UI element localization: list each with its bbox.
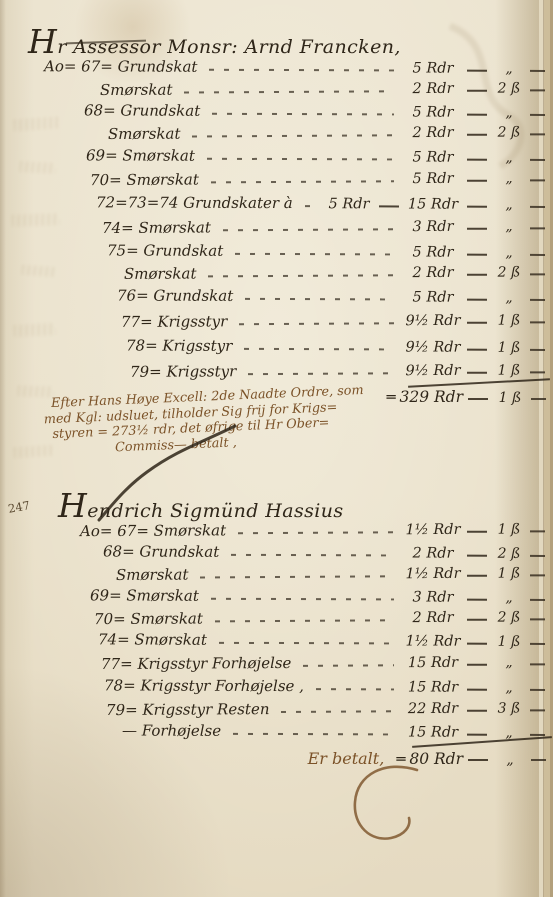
ledger-row: 69= Smørskat 3 Rdr „ [0,586,545,608]
dotted-leader [209,69,394,72]
ledger-row: 70= Smørskat 2 Rdr 2 ß [0,607,545,630]
amount-shilling: 1 ß [492,521,526,537]
amount-rdr: 9½ Rdr [404,313,462,329]
amount-shilling: 3 ß [492,700,526,716]
amount-rdr: 5 Rdr [404,244,462,260]
dash-stroke [530,298,545,300]
amount-rdr: 15 Rdr [404,196,462,212]
closing-pen-flourish [347,760,439,846]
dash-stroke [530,688,545,690]
section2-title: Hendrich Sigmünd Hassius [58,486,344,525]
ledger-row: 74= Smørskat 1½ Rdr 1 ß [0,630,545,652]
dash-stroke [467,179,487,181]
dash-stroke [467,158,487,160]
total-rdr: 329 Rdr [399,388,463,406]
ledger-row: 70= Smørskat 5 Rdr „ [0,168,545,191]
dash-stroke [530,227,545,229]
dotted-leader [231,554,394,557]
dash-stroke [467,227,487,229]
dash-stroke [467,69,487,71]
amount-shilling: 2 ß [492,609,526,625]
amount-shilling: 2 ß [492,124,526,140]
row-label: 74= Smørskat [98,630,207,648]
dotted-leader [235,253,394,256]
row-label: 79= Krigsstyr Resten [106,700,270,719]
amount-rdr: 1½ Rdr [404,566,462,582]
dotted-leader [192,134,394,137]
dash-stroke [467,709,487,711]
amount-rdr: 3 Rdr [404,219,462,235]
row-label: 70= Smørskat [94,609,203,628]
dash-stroke [467,688,487,690]
dash-stroke [530,69,545,71]
dash-stroke [530,642,545,644]
amount-shilling: 2 ß [492,80,526,96]
dash-stroke [530,618,545,620]
dash-stroke [467,530,487,532]
dash-stroke [530,179,545,181]
amount-shilling: 1 ß [492,340,526,356]
ledger-row: 69= Smørskat 5 Rdr „ [0,146,545,168]
ledger-row: 68= Grundskat 2 Rdr 2 ß [0,542,545,564]
ledger-row: 79= Krigsstyr 9½ Rdr 1 ß [0,360,545,383]
dash-stroke [467,574,487,576]
dash-stroke [467,618,487,620]
row-label: 77= Krigsstyr Forhøjelse [101,654,292,673]
row-label: 78= Krigsstyr [126,336,232,354]
row-label: Smørskat [116,566,189,584]
amount-rdr: 9½ Rdr [404,363,462,379]
row-label: 69= Smørskat [86,146,195,164]
amount-rdr: 5 Rdr [404,289,462,305]
amount-rdr: 15 Rdr [404,655,462,671]
ledger-row: Ao= 67= Smørskat 1½ Rdr 1 ß [0,519,545,542]
amount-shilling: „ [492,61,526,77]
ledger-row: Smørskat 2 Rdr 2 ß [0,262,545,285]
ledger-row: 77= Krigsstyr 9½ Rdr 1 ß [0,310,545,333]
ledger-row: 78= Krigsstyr Forhøjelse , 15 Rdr „ [0,676,545,698]
dash-stroke [467,642,487,644]
row-label: Ao= 67= Grundskat [44,57,198,76]
dotted-leader [303,664,394,667]
total-shilling: 1 ß [493,390,527,406]
row-label: Smørskat [124,264,197,282]
dash-stroke [530,530,545,532]
amount-shilling: 1 ß [492,312,526,328]
amount-per-unit: 5 Rdr [324,196,374,212]
amount-shilling: 1 ß [492,634,526,650]
dash-stroke [530,253,545,255]
dash-stroke [531,759,546,761]
dash-stroke [530,158,545,160]
ledger-row: — Forhøjelse 15 Rdr „ [0,721,545,743]
dash-stroke [531,398,546,400]
dash-stroke [467,253,487,255]
ledger-row: 79= Krigsstyr Resten 22 Rdr 3 ß [0,698,545,721]
dash-stroke [530,89,545,91]
ledger-row: Smørskat 1½ Rdr 1 ß [0,563,545,586]
amount-rdr: 22 Rdr [404,701,462,717]
amount-rdr: 5 Rdr [404,60,462,76]
row-label: Smørskat [100,81,173,99]
dotted-leader [245,298,394,301]
dash-stroke [468,759,488,761]
amount-shilling: „ [492,170,526,186]
section2-total: Er betalt, ═ 80 Rdr „ [0,749,546,768]
amount-shilling: „ [492,590,526,606]
row-label: 72=73=74 Grundskater à [96,193,293,212]
dash-stroke [530,113,545,115]
dash-stroke [379,205,399,207]
ledger-row: 77= Krigsstyr Forhøjelse 15 Rdr „ [0,652,545,675]
dash-stroke [530,205,545,207]
row-label: 75= Grundskat [107,241,223,259]
amount-rdr: 2 Rdr [404,610,462,626]
dash-stroke [530,371,545,373]
amount-shilling: „ [492,245,526,261]
dash-stroke [530,663,545,665]
row-label: 68= Grundskat [103,542,219,560]
dotted-leader [305,205,314,207]
ledger-row: Ao= 67= Grundskat 5 Rdr „ [0,57,545,79]
dash-stroke [467,113,487,115]
dash-stroke [467,298,487,300]
dotted-leader [219,642,394,645]
dash-stroke [530,733,545,735]
dotted-leader [184,90,394,93]
row-label: 69= Smørskat [90,586,199,604]
dash-stroke [467,89,487,91]
ledger-row: Smørskat 2 Rdr 2 ß [0,78,545,101]
amount-rdr: 1½ Rdr [404,522,462,538]
dotted-leader [200,575,394,578]
amount-rdr: 2 Rdr [404,125,462,141]
ledger-row: 74= Smørskat 3 Rdr „ [0,216,545,239]
amount-shilling: „ [492,290,526,306]
row-label: 70= Smørskat [90,170,199,189]
dash-stroke [530,348,545,350]
dash-stroke [467,733,487,735]
dotted-leader [207,158,394,161]
dotted-leader [211,598,394,601]
amount-shilling: „ [492,680,526,696]
dotted-leader [223,228,394,231]
dash-stroke [467,133,487,135]
ledger-row: 75= Grundskat 5 Rdr „ [0,241,545,263]
dash-stroke [530,709,545,711]
amount-rdr: 15 Rdr [404,679,462,695]
dash-stroke [530,321,545,323]
row-label: 74= Smørskat [102,218,211,237]
amount-rdr: 9½ Rdr [404,339,462,355]
amount-shilling: 2 ß [492,264,526,280]
folio-margin-number: 247 [7,498,31,516]
dash-stroke [530,133,545,135]
dotted-leader [281,710,394,713]
row-label: 76= Grundskat [117,286,233,304]
dash-stroke [467,321,487,323]
dash-stroke [530,554,545,556]
manuscript-page: Hr Assessor Monsr: Arnd Francken, Ao= 67… [0,0,553,897]
amount-rdr: 2 Rdr [404,265,462,281]
dash-stroke [467,554,487,556]
amount-shilling: 1 ß [492,565,526,581]
ledger-row: 68= Grundskat 5 Rdr „ [0,101,545,123]
dotted-leader [211,180,394,183]
ink-bleed-through [14,445,55,459]
amount-rdr: 1½ Rdr [404,633,462,649]
dash-stroke [468,398,488,400]
dotted-leader [238,531,394,534]
amount-rdr: 15 Rdr [404,724,462,740]
dash-stroke [467,598,487,600]
ledger-row: 76= Grundskat 5 Rdr „ [0,286,545,308]
row-label: — Forhøjelse [122,721,221,739]
dotted-leader [208,274,394,277]
dotted-leader [215,619,394,622]
amount-shilling: 1 ß [492,362,526,378]
row-label: Smørskat [108,125,181,143]
amount-rdr: 2 Rdr [404,81,462,97]
ledger-row: 78= Krigsstyr 9½ Rdr 1 ß [0,336,545,358]
row-label: 79= Krigsstyr [130,362,236,381]
amount-shilling: „ [492,654,526,670]
amount-shilling: „ [492,105,526,121]
dash-stroke [467,348,487,350]
amount-shilling: „ [492,197,526,213]
dotted-leader [212,113,394,116]
dotted-leader [244,348,394,351]
amount-rdr: 2 Rdr [404,545,462,561]
row-label: 68= Grundskat [84,101,200,119]
amount-rdr: 5 Rdr [404,104,462,120]
amount-shilling: „ [492,150,526,166]
dash-stroke [467,273,487,275]
row-label: 77= Krigsstyr [121,312,227,331]
dotted-leader [248,372,394,375]
dash-stroke [530,273,545,275]
dotted-leader [233,733,394,736]
row-label: Ao= 67= Smørskat [80,521,226,540]
dotted-leader [316,688,394,690]
amount-shilling: 2 ß [492,546,526,562]
dash-stroke [467,205,487,207]
dash-stroke [467,371,487,373]
dash-stroke [530,574,545,576]
dash-stroke [530,598,545,600]
double-equals-mark: ═ [386,388,394,406]
amount-rdr: 5 Rdr [404,171,462,187]
dotted-leader [239,322,394,325]
ledger-row: 72=73=74 Grundskater à 5 Rdr 15 Rdr „ [0,193,545,215]
amount-rdr: 3 Rdr [404,589,462,605]
total-shilling: „ [493,752,527,768]
row-label: 78= Krigsstyr Forhøjelse , [104,676,304,695]
dash-stroke [467,663,487,665]
ledger-row: Smørskat 2 Rdr 2 ß [0,122,545,145]
amount-rdr: 5 Rdr [404,149,462,165]
amount-shilling: „ [492,218,526,234]
